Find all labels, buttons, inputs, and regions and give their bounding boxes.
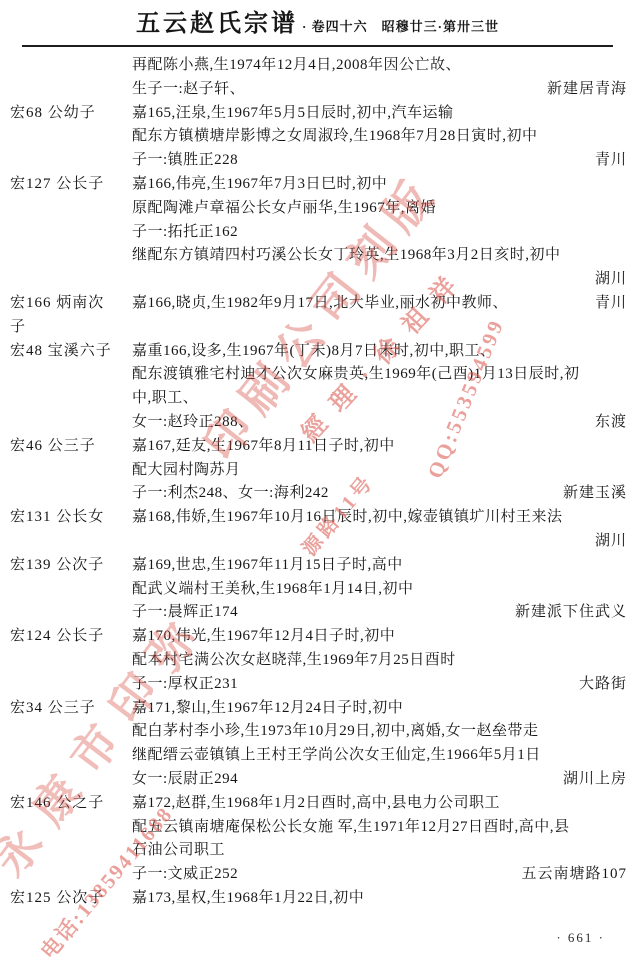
- entry-row: 宏139 公次子 嘉169,世忠,生1967年11月15日子时,高中配武义端村王…: [10, 554, 629, 625]
- entry-text: 子一:厚权正231: [132, 673, 238, 697]
- entry-line: 嘉171,黎山,生1967年12月24日子时,初中: [132, 697, 627, 721]
- entry-text: 再配陈小燕,生1974年12月4日,2008年因公亡故、: [132, 54, 461, 78]
- entry-line: 子一:厚权正231大路街: [132, 673, 627, 697]
- entry-row: 宏146 公之子 嘉172,赵群,生1968年1月2日酉时,高中,县电力公司职工…: [10, 792, 629, 887]
- entry-text: 配本村宅满公次女赵晓萍,生1969年7月25日酉时: [132, 649, 456, 673]
- entry-line: 继配东方镇靖四村巧溪公长女丁玲英,生1968年3月2日亥时,初中: [132, 244, 627, 268]
- entry-line: 继配缙云壶镇镇上王村王学尚公次女王仙定,生1966年5月1日: [132, 744, 627, 768]
- page-header: 五云赵氏宗谱· 卷四十六 昭穆廿三·第卅三世: [0, 0, 635, 42]
- residence-note: 新建玉溪: [563, 482, 627, 506]
- residence-note: 东渡: [595, 411, 627, 435]
- entry-line: 配大园村陶苏月: [132, 459, 627, 483]
- entry-line: 中,职工、: [132, 387, 627, 411]
- residence-note: 湖川: [595, 530, 627, 554]
- entry-text: 配武义端村王美秋,生1968年1月14日,初中: [132, 578, 414, 602]
- entries-list: 再配陈小燕,生1974年12月4日,2008年因公亡故、生子一:赵子轩、新建居青…: [0, 47, 635, 911]
- entry-content: 嘉169,世忠,生1967年11月15日子时,高中配武义端村王美秋,生1968年…: [132, 554, 629, 625]
- entry-text: 女一:赵玲正288、: [132, 411, 254, 435]
- entry-text: 继配缙云壶镇镇上王村王学尚公次女王仙定,生1966年5月1日: [132, 744, 541, 768]
- entry-text: 嘉169,世忠,生1967年11月15日子时,高中: [132, 554, 403, 578]
- residence-note: 新建居青海: [547, 78, 627, 102]
- entry-row: 宏125 公次子 嘉173,星权,生1968年1月22日,初中: [10, 887, 629, 911]
- entry-row: 再配陈小燕,生1974年12月4日,2008年因公亡故、生子一:赵子轩、新建居青…: [10, 54, 629, 102]
- entry-text: 配东渡镇雅宅村迪才公次女麻贵英,生1969年(己酉)1月13日辰时,初: [132, 363, 580, 387]
- entry-line: 嘉170,伟光,生1967年12月4日子时,初中: [132, 625, 627, 649]
- entry-line: 配东方镇横塘岸影博之女周淑玲,生1968年7月28日寅时,初中: [132, 125, 627, 149]
- entry-line: 嘉166,伟亮,生1967年7月3日巳时,初中: [132, 173, 627, 197]
- entry-row: 宏127 公长子 嘉166,伟亮,生1967年7月3日巳时,初中原配陶滩卢章福公…: [10, 173, 629, 292]
- entry-line: 女一:辰尉正294湖川上房: [132, 768, 627, 792]
- entry-text: 嘉166,晓贞,生1982年9月17日,北大毕业,丽水初中教师、: [132, 292, 508, 316]
- entry-line: 配本村宅满公次女赵晓萍,生1969年7月25日酉时: [132, 649, 627, 673]
- entry-line: 子一:文威正252五云南塘路107: [132, 863, 627, 887]
- entry-line: 湖川: [132, 530, 627, 554]
- entry-row: 宏124 公长子 嘉170,伟光,生1967年12月4日子时,初中配本村宅满公次…: [10, 625, 629, 696]
- residence-note: 青川: [595, 149, 627, 173]
- entry-line: 嘉重166,设多,生1967年(丁未)8月7日未时,初中,职工、: [132, 340, 627, 364]
- entry-text: 配白茅村李小珍,生1973年10月29日,初中,离婚,女一赵垒带走: [132, 720, 539, 744]
- entry-text: 原配陶滩卢章福公长女卢丽华,生1967年,离婚: [132, 197, 436, 221]
- entry-line: 嘉168,伟娇,生1967年10月16日辰时,初中,嫁壶镇镇圹川村王来法: [132, 506, 627, 530]
- page-number: · 661 ·: [556, 930, 605, 945]
- entry-label: 宏34 公三子: [10, 697, 132, 721]
- entry-line: 嘉172,赵群,生1968年1月2日酉时,高中,县电力公司职工: [132, 792, 627, 816]
- entry-content: 再配陈小燕,生1974年12月4日,2008年因公亡故、生子一:赵子轩、新建居青…: [132, 54, 629, 102]
- entry-line: 原配陶滩卢章福公长女卢丽华,生1967年,离婚: [132, 197, 627, 221]
- entry-text: 子一:文威正252: [132, 863, 238, 887]
- entry-label: 宏127 公长子: [10, 173, 132, 197]
- entry-label: 宏124 公长子: [10, 625, 132, 649]
- entry-line: 嘉165,汪泉,生1967年5月5日辰时,初中,汽车运输: [132, 102, 627, 126]
- entry-label: 宏146 公之子: [10, 792, 132, 816]
- entry-text: 嘉172,赵群,生1968年1月2日酉时,高中,县电力公司职工: [132, 792, 500, 816]
- entry-content: 嘉167,廷友,生1967年8月11日子时,初中配大园村陶苏月子一:利杰248、…: [132, 435, 629, 506]
- entry-text: 女一:辰尉正294: [132, 768, 238, 792]
- entry-line: 嘉167,廷友,生1967年8月11日子时,初中: [132, 435, 627, 459]
- entry-row: 宏131 公长女 嘉168,伟娇,生1967年10月16日辰时,初中,嫁壶镇镇圹…: [10, 506, 629, 554]
- entry-row: 宏46 公三子 嘉167,廷友,生1967年8月11日子时,初中配大园村陶苏月子…: [10, 435, 629, 506]
- entry-content: 嘉166,晓贞,生1982年9月17日,北大毕业,丽水初中教师、青川: [132, 292, 629, 316]
- entry-text: 子一:晨辉正174: [132, 601, 238, 625]
- entry-content: 嘉173,星权,生1968年1月22日,初中: [132, 887, 629, 911]
- residence-note: 大路街: [579, 673, 627, 697]
- entry-content: 嘉165,汪泉,生1967年5月5日辰时,初中,汽车运输配东方镇横塘岸影博之女周…: [132, 102, 629, 173]
- entry-line: 女一:赵玲正288、东渡: [132, 411, 627, 435]
- entry-text: 嘉重166,设多,生1967年(丁未)8月7日未时,初中,职工、: [132, 340, 496, 364]
- entry-row: 宏48 宝溪六子 嘉重166,设多,生1967年(丁未)8月7日未时,初中,职工…: [10, 340, 629, 435]
- entry-text: 配东方镇横塘岸影博之女周淑玲,生1968年7月28日寅时,初中: [132, 125, 538, 149]
- entry-label: 宏131 公长女: [10, 506, 132, 530]
- entry-content: 嘉166,伟亮,生1967年7月3日巳时,初中原配陶滩卢章福公长女卢丽华,生19…: [132, 173, 629, 292]
- residence-note: 湖川上房: [563, 768, 627, 792]
- entry-line: 再配陈小燕,生1974年12月4日,2008年因公亡故、: [132, 54, 627, 78]
- entry-text: 嘉166,伟亮,生1967年7月3日巳时,初中: [132, 173, 387, 197]
- entry-line: 子一:晨辉正174新建派下住武义: [132, 601, 627, 625]
- entry-text: 嘉170,伟光,生1967年12月4日子时,初中: [132, 625, 395, 649]
- entry-label: 宏125 公次子: [10, 887, 132, 911]
- entry-label: 宏68 公幼子: [10, 102, 132, 126]
- entry-label: 宏166 炳南次 子: [10, 292, 132, 340]
- entry-line: 嘉169,世忠,生1967年11月15日子时,高中: [132, 554, 627, 578]
- residence-note: 湖川: [595, 268, 627, 292]
- volume-subtitle: · 卷四十六 昭穆廿三·第卅三世: [302, 19, 499, 34]
- entry-content: 嘉171,黎山,生1967年12月24日子时,初中配白茅村李小珍,生1973年1…: [132, 697, 629, 792]
- entry-text: 嘉167,廷友,生1967年8月11日子时,初中: [132, 435, 395, 459]
- entry-text: 中,职工、: [132, 387, 198, 411]
- book-title: 五云赵氏宗谱: [136, 11, 298, 37]
- entry-line: 石油公司职工: [132, 839, 627, 863]
- entry-line: 配白茅村李小珍,生1973年10月29日,初中,离婚,女一赵垒带走: [132, 720, 627, 744]
- entry-line: 嘉166,晓贞,生1982年9月17日,北大毕业,丽水初中教师、青川: [132, 292, 627, 316]
- entry-text: 子一:镇胜正228: [132, 149, 238, 173]
- entry-text: 生子一:赵子轩、: [132, 78, 245, 102]
- entry-row: 宏68 公幼子 嘉165,汪泉,生1967年5月5日辰时,初中,汽车运输配东方镇…: [10, 102, 629, 173]
- entry-text: 嘉165,汪泉,生1967年5月5日辰时,初中,汽车运输: [132, 102, 454, 126]
- entry-line: 子一:利杰248、女一:海利242新建玉溪: [132, 482, 627, 506]
- entry-text: 石油公司职工: [132, 839, 225, 863]
- residence-note: 五云南塘路107: [521, 863, 627, 887]
- entry-content: 嘉168,伟娇,生1967年10月16日辰时,初中,嫁壶镇镇圹川村王来法湖川: [132, 506, 629, 554]
- entry-line: 配东渡镇雅宅村迪才公次女麻贵英,生1969年(己酉)1月13日辰时,初: [132, 363, 627, 387]
- entry-content: 嘉170,伟光,生1967年12月4日子时,初中配本村宅满公次女赵晓萍,生196…: [132, 625, 629, 696]
- entry-text: 子一:拓托正162: [132, 221, 238, 245]
- entry-text: 嘉171,黎山,生1967年12月24日子时,初中: [132, 697, 403, 721]
- entry-content: 嘉172,赵群,生1968年1月2日酉时,高中,县电力公司职工配五云镇南塘庵保松…: [132, 792, 629, 887]
- entry-label: 宏46 公三子: [10, 435, 132, 459]
- page-footer: · 661 ·: [556, 930, 605, 946]
- entry-text: 子一:利杰248、女一:海利242: [132, 482, 329, 506]
- genealogy-page: 五云赵氏宗谱· 卷四十六 昭穆廿三·第卅三世 再配陈小燕,生1974年12月4日…: [0, 0, 635, 968]
- entry-text: 嘉173,星权,生1968年1月22日,初中: [132, 887, 364, 911]
- entry-text: 继配东方镇靖四村巧溪公长女丁玲英,生1968年3月2日亥时,初中: [132, 244, 561, 268]
- residence-note: 青川: [595, 292, 627, 316]
- entry-text: 配五云镇南塘庵保松公长女施 军,生1971年12月27日酉时,高中,县: [132, 816, 570, 840]
- entry-line: 配五云镇南塘庵保松公长女施 军,生1971年12月27日酉时,高中,县: [132, 816, 627, 840]
- entry-text: 配大园村陶苏月: [132, 459, 241, 483]
- entry-line: 子一:镇胜正228青川: [132, 149, 627, 173]
- entry-row: 宏34 公三子 嘉171,黎山,生1967年12月24日子时,初中配白茅村李小珍…: [10, 697, 629, 792]
- entry-line: 配武义端村王美秋,生1968年1月14日,初中: [132, 578, 627, 602]
- entry-content: 嘉重166,设多,生1967年(丁未)8月7日未时,初中,职工、配东渡镇雅宅村迪…: [132, 340, 629, 435]
- entry-line: 生子一:赵子轩、新建居青海: [132, 78, 627, 102]
- residence-note: 新建派下住武义: [515, 601, 627, 625]
- entry-row: 宏166 炳南次 子 嘉166,晓贞,生1982年9月17日,北大毕业,丽水初中…: [10, 292, 629, 340]
- entry-line: 子一:拓托正162: [132, 221, 627, 245]
- entry-label: 宏48 宝溪六子: [10, 340, 132, 364]
- entry-text: 嘉168,伟娇,生1967年10月16日辰时,初中,嫁壶镇镇圹川村王来法: [132, 506, 563, 530]
- entry-line: 嘉173,星权,生1968年1月22日,初中: [132, 887, 627, 911]
- entry-line: 湖川: [132, 268, 627, 292]
- entry-label: 宏139 公次子: [10, 554, 132, 578]
